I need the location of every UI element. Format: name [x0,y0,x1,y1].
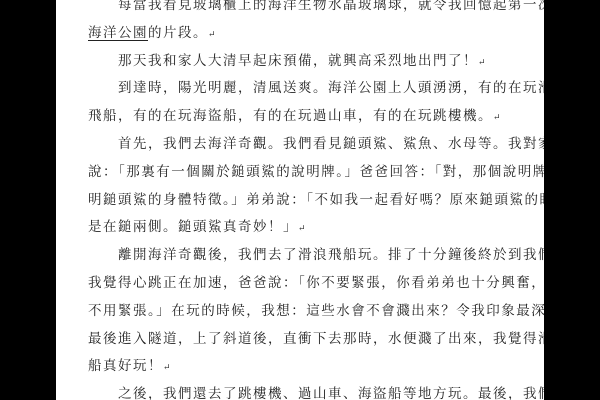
text-line: 是在鎚兩側。鎚頭鯊真奇妙！」↵ [88,213,512,241]
text-run: 最後進入隧道，上了斜道後，直衝下去那時，水便濺了出來，我覺得滑浪飛 [88,331,544,346]
text-line: 我覺得心跳正在加速，爸爸說：「你不要緊張，你看弟弟也十分興奮，所以你 [88,269,512,297]
letterbox-left [0,0,56,400]
text-line: 那天我和家人大清早起床預備，就興高采烈地出門了！↵ [88,47,512,75]
text-run: 首先，我們去海洋奇觀。我們看見鎚頭鯊、鯊魚、水母等。我對家人 [118,136,544,151]
underlined-text: 海洋公園 [88,25,148,40]
text-line: 首先，我們去海洋奇觀。我們看見鎚頭鯊、鯊魚、水母等。我對家人 [88,130,512,158]
paragraph-mark-icon: ↵ [208,29,216,39]
document-page: 每當我看見玻璃櫃上的海洋生物水晶玻璃球，就令我回憶起第一次去海洋公園的片段。↵那… [56,0,544,400]
text-run: 的片段。 [148,25,208,40]
paragraph-mark-icon: ↵ [478,57,486,67]
text-line: 船真好玩！↵ [88,352,512,380]
text-line: 每當我看見玻璃櫃上的海洋生物水晶玻璃球，就令我回憶起第一次去 [88,0,512,19]
text-line: 說：「那裏有一個關於鎚頭鯊的說明牌。」爸爸回答：「對，那個說明牌是說 [88,158,512,186]
paragraph-mark-icon: ↵ [298,223,306,233]
text-run: 每當我看見玻璃櫃上的海洋生物水晶玻璃球，就令我回憶起第一次去 [118,0,544,12]
paragraph-mark-icon: ↵ [493,112,501,122]
text-run: 是在鎚兩側。鎚頭鯊真奇妙！」 [88,219,298,234]
text-run: 離開海洋奇觀後，我們去了滑浪飛船玩。排了十分鐘後終於到我們了， [118,247,544,262]
text-line: 到達時，陽光明麗，清風送爽。海洋公園上人頭湧湧，有的在玩滑浪 [88,74,512,102]
text-line: 不用緊張。」在玩的時候，我想：這些水會不會濺出來？令我印象最深的是 [88,297,512,325]
text-run: 說：「那裏有一個關於鎚頭鯊的說明牌。」爸爸回答：「對，那個說明牌是說 [88,164,544,179]
text-line: 明鎚頭鯊的身體特徵。」弟弟說：「不如我一起看好嗎？原來鎚頭鯊的眼睛 [88,186,512,214]
text-line: 離開海洋奇觀後，我們去了滑浪飛船玩。排了十分鐘後終於到我們了， [88,241,512,269]
text-line: 之後，我們還去了跳樓機、過山車、海盜船等地方玩。最後，我們去 [88,380,512,400]
text-run: 明鎚頭鯊的身體特徵。」弟弟說：「不如我一起看好嗎？原來鎚頭鯊的眼睛 [88,192,544,207]
viewer-background: 每當我看見玻璃櫃上的海洋生物水晶玻璃球，就令我回憶起第一次去海洋公園的片段。↵那… [0,0,600,400]
text-run: 之後，我們還去了跳樓機、過山車、海盜船等地方玩。最後，我們去 [118,386,544,400]
text-run: 到達時，陽光明麗，清風送爽。海洋公園上人頭湧湧，有的在玩滑浪 [118,80,544,95]
text-run: 那天我和家人大清早起床預備，就興高采烈地出門了！ [118,53,478,68]
text-run: 船真好玩！ [88,358,163,373]
letterbox-right [544,0,600,400]
text-line: 飛船，有的在玩海盜船，有的在玩過山車，有的在玩跳樓機。↵ [88,102,512,130]
text-line: 海洋公園的片段。↵ [88,19,512,47]
paragraph-mark-icon: ↵ [163,362,171,372]
text-run: 我覺得心跳正在加速，爸爸說：「你不要緊張，你看弟弟也十分興奮，所以你 [88,275,544,290]
text-run: 不用緊張。」在玩的時候，我想：這些水會不會濺出來？令我印象最深的是 [88,303,544,318]
text-run: 飛船，有的在玩海盜船，有的在玩過山車，有的在玩跳樓機。 [88,108,493,123]
document-text: 每當我看見玻璃櫃上的海洋生物水晶玻璃球，就令我回憶起第一次去海洋公園的片段。↵那… [88,0,512,400]
text-line: 最後進入隧道，上了斜道後，直衝下去那時，水便濺了出來，我覺得滑浪飛 [88,325,512,353]
